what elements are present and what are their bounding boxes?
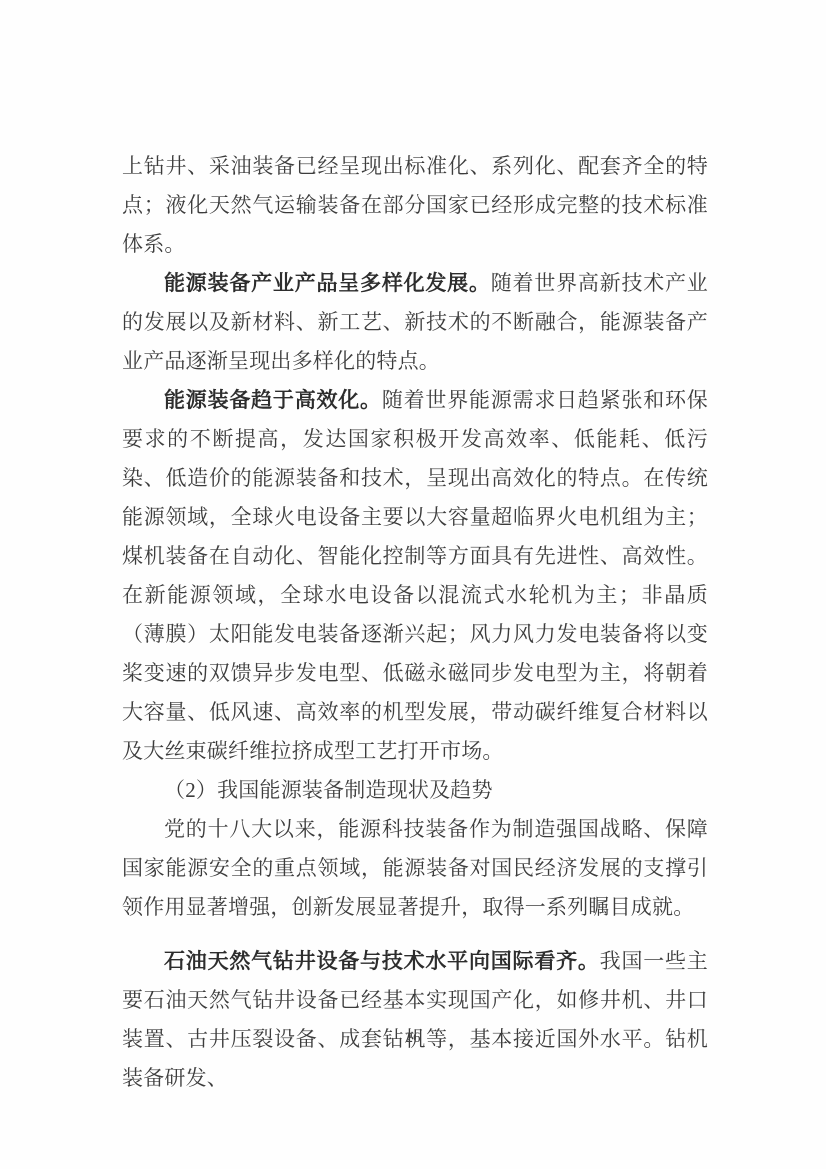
- text-run: 随着世界能源需求日趋紧张和环保要求的不断提高，发达国家积极开发高效率、低能耗、低…: [122, 388, 708, 763]
- document-page: 上钻井、采油装备已经呈现出标准化、系列化、配套齐全的特点；液化天然气运输装备在部…: [0, 0, 826, 1169]
- document-body: 上钻井、采油装备已经呈现出标准化、系列化、配套齐全的特点；液化天然气运输装备在部…: [122, 147, 708, 1098]
- page-number: 26: [0, 1028, 826, 1048]
- text-run: 上钻井、采油装备已经呈现出标准化、系列化、配套齐全的特点；液化天然气运输装备在部…: [122, 154, 708, 256]
- paragraph: （2）我国能源装备制造现状及趋势: [122, 771, 708, 810]
- text-run: 党的十八大以来，能源科技装备作为制造强国战略、保障国家能源安全的重点领域，能源装…: [122, 817, 708, 919]
- paragraph: 石油天然气钻井设备与技术水平向国际看齐。我国一些主要石油天然气钻井设备已经基本实…: [122, 942, 708, 1098]
- paragraph: 上钻井、采油装备已经呈现出标准化、系列化、配套齐全的特点；液化天然气运输装备在部…: [122, 147, 708, 264]
- emphasis-run: 能源装备产业产品呈多样化发展。: [164, 271, 491, 295]
- emphasis-run: 石油天然气钻井设备与技术水平向国际看齐。: [164, 949, 600, 973]
- paragraph: 能源装备趋于高效化。随着世界能源需求日趋紧张和环保要求的不断提高，发达国家积极开…: [122, 381, 708, 771]
- paragraph: 党的十八大以来，能源科技装备作为制造强国战略、保障国家能源安全的重点领域，能源装…: [122, 810, 708, 927]
- paragraph: 能源装备产业产品呈多样化发展。随着世界高新技术产业的发展以及新材料、新工艺、新技…: [122, 264, 708, 381]
- text-run: （2）我国能源装备制造现状及趋势: [164, 778, 493, 802]
- emphasis-run: 能源装备趋于高效化。: [164, 388, 382, 412]
